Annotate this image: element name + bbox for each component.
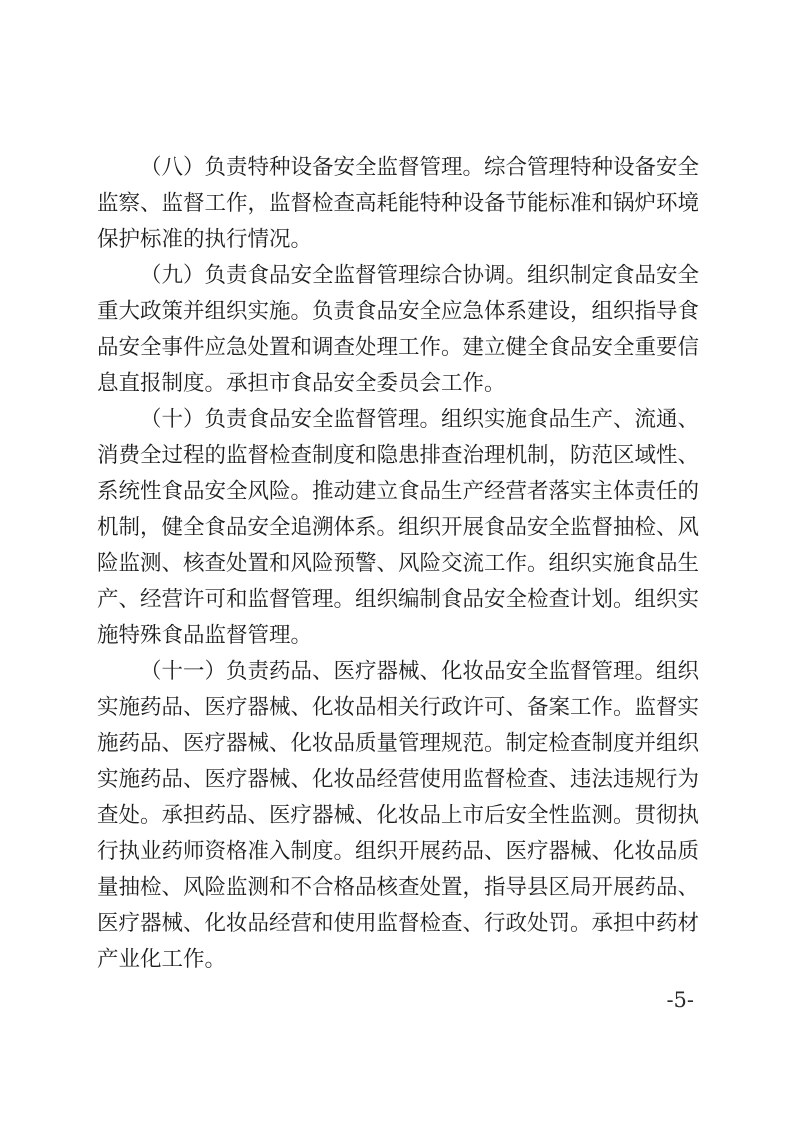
paragraph-duty-10: （十）负责食品安全监督管理。组织实施食品生产、流通、 消费全过程的监督检查制度和… <box>97 402 707 654</box>
paragraph-duty-9: （九）负责食品安全监督管理综合协调。组织制定食品安全 重大政策并组织实施。负责食… <box>97 258 707 402</box>
paragraph-duty-11: （十一）负责药品、医疗器械、化妆品安全监督管理。组织 实施药品、医疗器械、化妆品… <box>97 654 707 978</box>
page-number: -5- <box>666 986 694 1014</box>
document-body: （八）负责特种设备安全监督管理。综合管理特种设备安全 监察、监督工作，监督检查高… <box>97 150 707 978</box>
document-page: （八）负责特种设备安全监督管理。综合管理特种设备安全 监察、监督工作，监督检查高… <box>0 0 793 1122</box>
paragraph-duty-8: （八）负责特种设备安全监督管理。综合管理特种设备安全 监察、监督工作，监督检查高… <box>97 150 707 258</box>
